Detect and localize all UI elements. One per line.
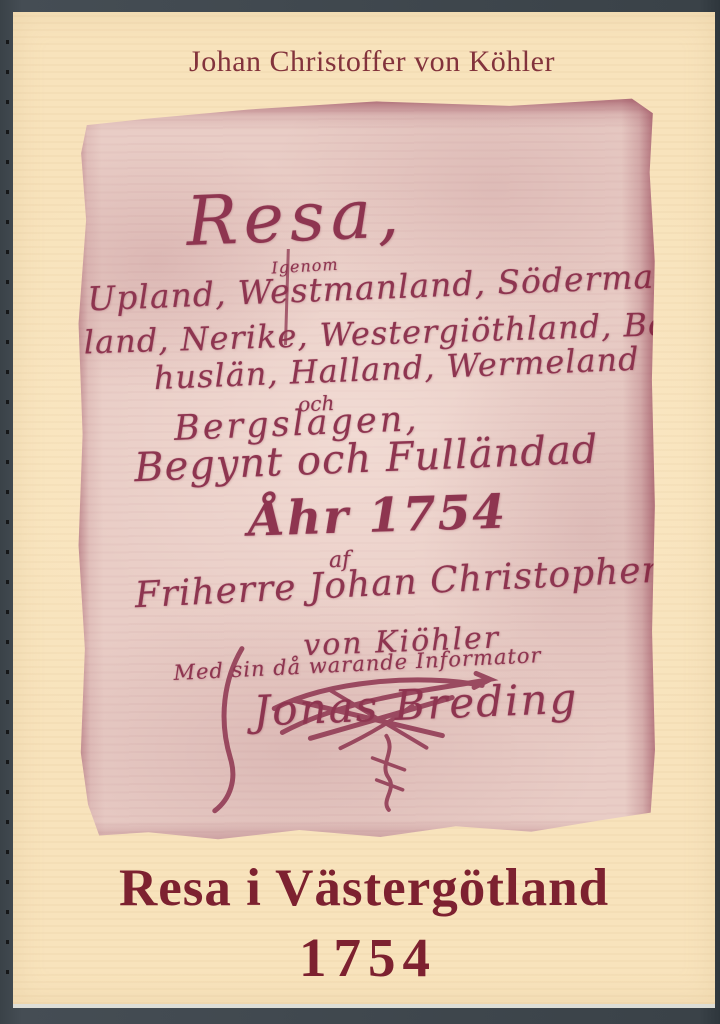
author-name: Johan Christoffer von Köhler (21, 45, 720, 79)
manuscript-line-friherre: Friherre Johan Christopher (134, 550, 661, 617)
book-year: 1754 (17, 926, 719, 989)
scanned-book-cover: Johan Christoffer von Köhler Resa, Igeno… (0, 0, 720, 1024)
book-cover: Johan Christoffer von Köhler Resa, Igeno… (13, 12, 715, 1004)
underlying-page-edge (411, 94, 661, 119)
binding-stitch-marks (6, 40, 9, 984)
title-block: Resa i Västergötland 1754 (13, 858, 715, 989)
manuscript-line-year: Åhr 1754 (248, 485, 508, 548)
signature-flourish-icon (190, 639, 521, 821)
book-title: Resa i Västergötland (13, 858, 715, 918)
manuscript-line-heading: Resa, (185, 174, 406, 262)
manuscript-facsimile: Resa, Igenom Upland, Westmanland, Söderm… (75, 98, 659, 841)
